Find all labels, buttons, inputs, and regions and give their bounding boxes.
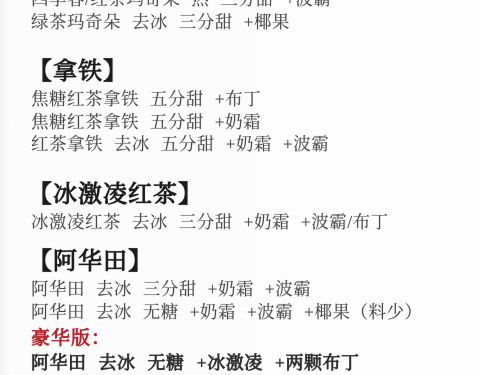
menu-line: 阿华田 去冰 无糖 +奶霜 +波霸 +椰果（料少） <box>31 301 470 324</box>
deluxe-menu-line: 阿华田 去冰 无糖 +冰激凌 +两颗布丁 <box>31 352 470 375</box>
section-title-ovaltine: 【阿华田】 <box>28 249 470 275</box>
menu-line: 绿茶玛奇朵 去冰 三分甜 +椰果 <box>31 11 470 34</box>
menu-page: 四季春/红茶玛奇朵 热 三分甜 +波霸 绿茶玛奇朵 去冰 三分甜 +椰果 【拿铁… <box>0 0 480 375</box>
menu-line: 冰激凌红茶 去冰 三分甜 +奶霜 +波霸/布丁 <box>31 211 470 234</box>
menu-line: 阿华田 去冰 三分甜 +奶霜 +波霸 <box>31 278 470 301</box>
menu-line: 焦糖红茶拿铁 五分甜 +奶霜 <box>31 111 470 134</box>
menu-line-top-cropped: 四季春/红茶玛奇朵 热 三分甜 +波霸 <box>31 0 470 11</box>
menu-line: 焦糖红茶拿铁 五分甜 +布丁 <box>31 88 470 111</box>
deluxe-version-label: 豪华版： <box>31 328 470 350</box>
section-title-latte: 【拿铁】 <box>28 59 470 85</box>
menu-line: 红茶拿铁 去冰 五分甜 +奶霜 +波霸 <box>31 133 470 156</box>
section-title-icecream-black-tea: 【冰激凌红茶】 <box>28 182 470 208</box>
